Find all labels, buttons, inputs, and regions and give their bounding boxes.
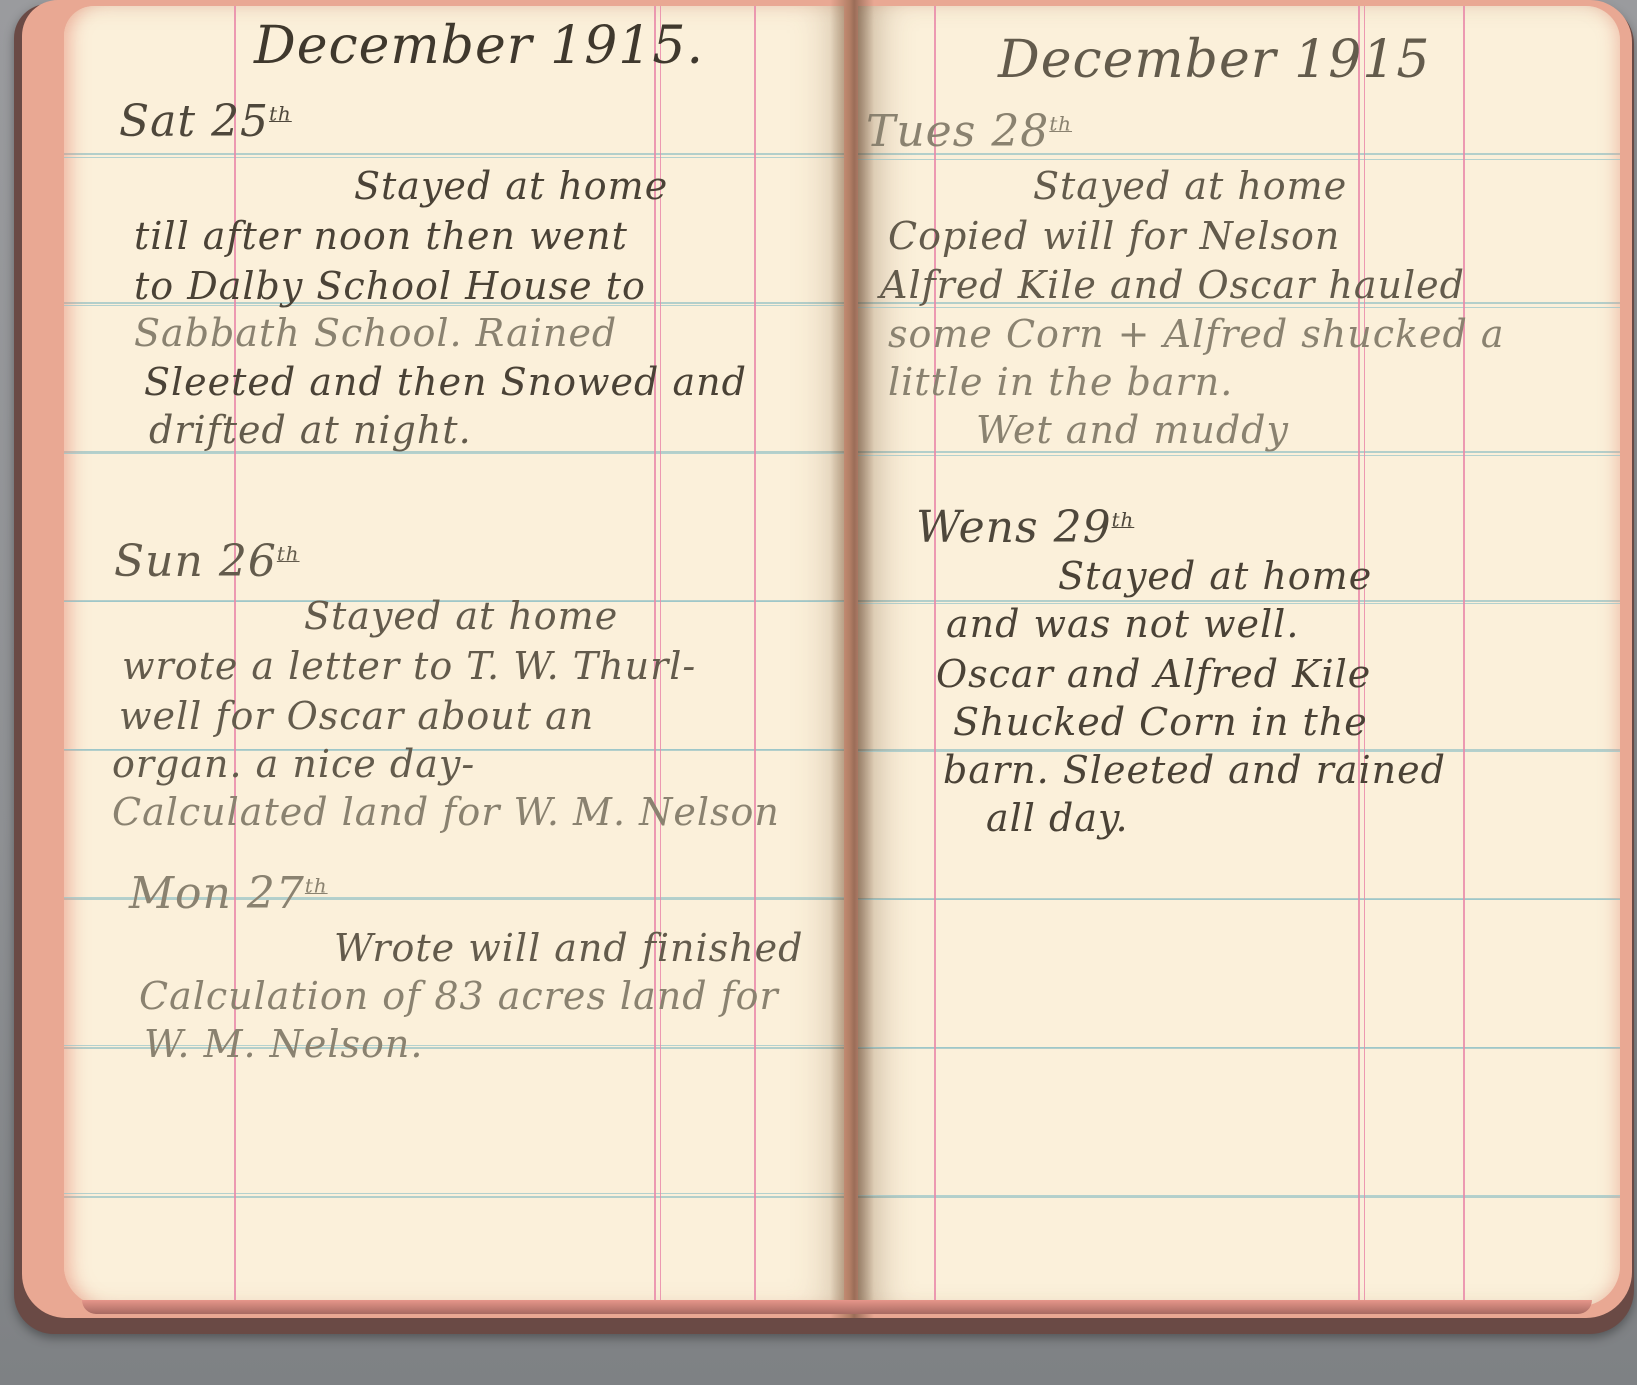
book-spine [830, 0, 874, 1318]
entry-line: little in the barn. [888, 360, 1233, 404]
left-page: December 1915. Sat 25th Stayed at home t… [64, 6, 844, 1306]
entry-line: Sabbath School. Rained [134, 311, 617, 355]
entry-line: W. M. Nelson. [144, 1022, 423, 1066]
entry-line: Copied will for Nelson [888, 214, 1340, 258]
entry-date: Mon 27th [129, 868, 328, 919]
entry-line: Alfred Kile and Oscar hauled [880, 263, 1465, 307]
entry-line: well for Oscar about an [119, 694, 594, 738]
entry-line: drifted at night. [149, 408, 472, 452]
entry-line: wrote a letter to T. W. Thurl- [122, 644, 696, 688]
entry-line: till after noon then went [134, 214, 628, 258]
column-rule [754, 6, 756, 1306]
page-header: December 1915 [998, 30, 1430, 90]
entry-line: some Corn + Alfred shucked a [888, 312, 1505, 356]
entry-date: Sun 26th [114, 536, 300, 587]
column-rule [1463, 6, 1465, 1306]
entry-line: Shucked Corn in the [953, 700, 1368, 744]
entry-line: Calculation of 83 acres land for [139, 974, 779, 1018]
entry-line: Stayed at home [1033, 164, 1347, 208]
entry-line: all day. [986, 796, 1129, 840]
entry-line: Sleeted and then Snowed and [144, 360, 747, 404]
entry-line: barn. Sleeted and rained [943, 748, 1446, 792]
entry-line: Stayed at home [1058, 554, 1372, 598]
entry-date: Wens 29th [916, 502, 1134, 553]
entry-date: Tues 28th [866, 106, 1072, 157]
right-page: December 1915 Tues 28th Stayed at home C… [858, 6, 1620, 1306]
entry-line: Wet and muddy [976, 408, 1289, 452]
entry-line: to Dalby School House to [134, 264, 646, 308]
entry-date: Sat 25th [119, 96, 292, 147]
entry-line: Stayed at home [304, 594, 618, 638]
entry-line: Wrote will and finished [334, 926, 803, 970]
page-header: December 1915. [254, 16, 704, 76]
open-notebook: December 1915. Sat 25th Stayed at home t… [22, 0, 1632, 1318]
entry-line: organ. a nice day- [112, 742, 475, 786]
entry-line: Calculated land for W. M. Nelson [112, 790, 780, 834]
entry-line: Stayed at home [354, 164, 668, 208]
page-edges [82, 1300, 1592, 1314]
entry-line: Oscar and Alfred Kile [936, 652, 1371, 696]
entry-line: and was not well. [946, 602, 1299, 646]
